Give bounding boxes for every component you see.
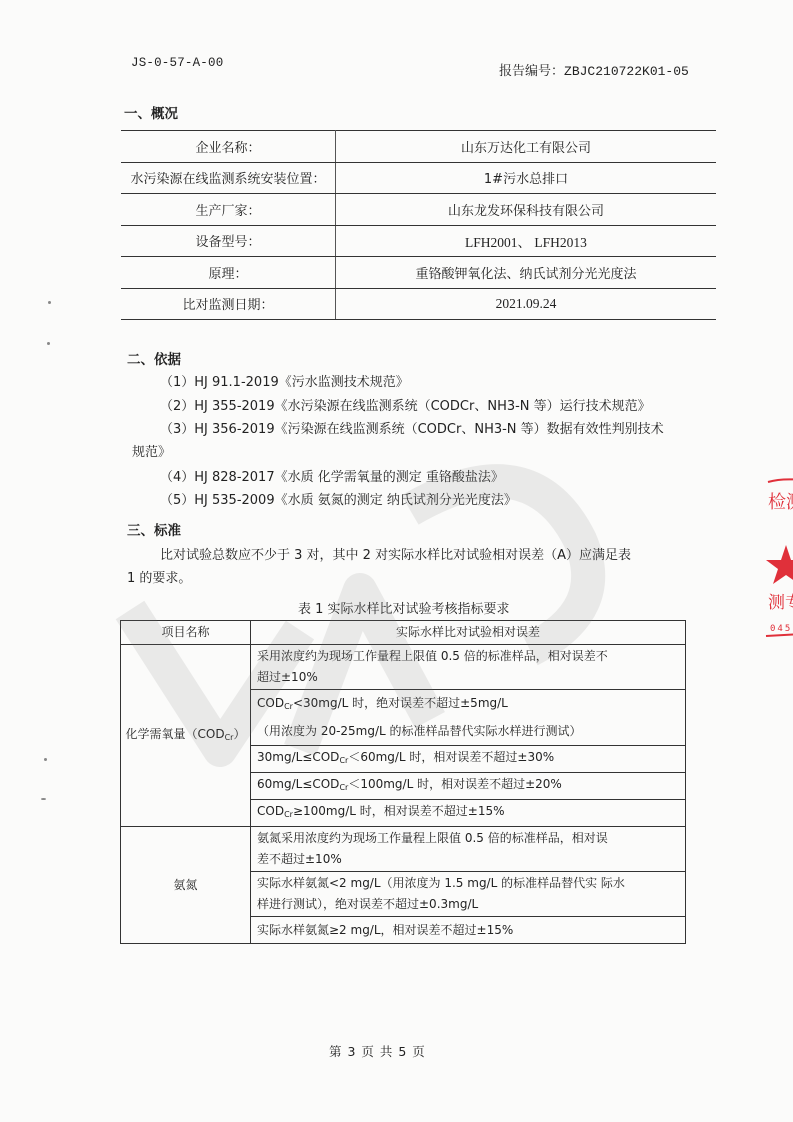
page-number: 第 3 页 共 5 页 — [329, 1042, 426, 1060]
report-number-value: ZBJC210722K01-05 — [564, 64, 689, 79]
section-basis-title: 二、依据 — [127, 348, 181, 368]
overview-row: 设备型号： LFH2001、 LFH2013 — [121, 225, 716, 257]
requirements-table: 项目名称 实际水样比对试验相对误差 化学需氧量（CODCr） 采用浓度约为现场工… — [120, 620, 686, 944]
overview-row: 原理： 重铬酸钾氧化法、纳氏试剂分光光度法 — [121, 257, 716, 289]
table-row: 氨氮 氨氮采用浓度约为现场工作量程上限值 0.5 倍的标准样品，相对误 差不超过… — [121, 827, 686, 872]
overview-label: 比对监测日期： — [121, 288, 336, 320]
requirement-cell: 实际水样氨氮<2 mg/L（用浓度为 1.5 mg/L 的标准样品替代实 际水 … — [251, 872, 686, 917]
overview-label: 企业名称： — [121, 131, 336, 163]
report-number: 报告编号：ZBJC210722K01-05 — [499, 60, 689, 79]
overview-table: 企业名称： 山东万达化工有限公司 水污染源在线监测系统安装位置： 1#污水总排口… — [121, 130, 716, 320]
scan-speck — [47, 342, 50, 345]
overview-label: 原理： — [121, 257, 336, 289]
overview-value: 2021.09.24 — [336, 288, 717, 320]
section-overview-title: 一、概况 — [124, 102, 178, 122]
section-standard-title: 三、标准 — [127, 519, 181, 539]
overview-row: 水污染源在线监测系统安装位置： 1#污水总排口 — [121, 162, 716, 194]
table-row: 化学需氧量（CODCr） 采用浓度约为现场工作量程上限值 0.5 倍的标准样品，… — [121, 645, 686, 690]
basis-item: （4）HJ 828-2017《水质 化学需氧量的测定 重铬酸盐法》 — [160, 466, 504, 490]
overview-label: 水污染源在线监测系统安装位置： — [121, 162, 336, 194]
standard-paragraph-cont: 1 的要求。 — [127, 567, 191, 586]
standard-paragraph: 比对试验总数应不少于 3 对，其中 2 对实际水样比对试验相对误差（A）应满足表 — [160, 544, 631, 563]
requirement-cell: 30mg/L≤CODCr＜60mg/L 时，相对误差不超过±30% — [251, 746, 686, 773]
svg-text:045: 045 — [770, 624, 792, 634]
requirement-cell: 实际水样氨氮≥2 mg/L，相对误差不超过±15% — [251, 917, 686, 944]
scan-speck — [41, 798, 46, 800]
overview-row: 企业名称： 山东万达化工有限公司 — [121, 131, 716, 163]
table-caption: 表 1 实际水样比对试验考核指标要求 — [298, 598, 510, 617]
column-header-error: 实际水样比对试验相对误差 — [251, 621, 686, 645]
requirement-cell: 60mg/L≤CODCr＜100mg/L 时，相对误差不超过±20% — [251, 773, 686, 800]
overview-value: 1#污水总排口 — [336, 162, 717, 194]
requirement-cell: 采用浓度约为现场工作量程上限值 0.5 倍的标准样品，相对误差不 超过±10% — [251, 645, 686, 690]
overview-row: 生产厂家： 山东龙发环保科技有限公司 — [121, 194, 716, 226]
item-name-cod: 化学需氧量（CODCr） — [121, 645, 251, 827]
document-code: JS-0-57-A-00 — [131, 56, 223, 70]
overview-value: 山东龙发环保科技有限公司 — [336, 194, 717, 226]
svg-text:测专: 测专 — [768, 593, 793, 613]
overview-value: LFH2001、 LFH2013 — [336, 225, 717, 257]
overview-value: 重铬酸钾氧化法、纳氏试剂分光光度法 — [336, 257, 717, 289]
requirement-cell: CODCr<30mg/L 时，绝对误差不超过±5mg/L （用浓度为 20-25… — [251, 690, 686, 746]
basis-item: （1）HJ 91.1-2019《污水监测技术规范》 — [160, 371, 409, 395]
scan-speck — [48, 301, 51, 304]
overview-value: 山东万达化工有限公司 — [336, 131, 717, 163]
svg-text:检测: 检测 — [768, 492, 793, 513]
table-header-row: 项目名称 实际水样比对试验相对误差 — [121, 621, 686, 645]
overview-label: 生产厂家： — [121, 194, 336, 226]
scan-speck — [44, 758, 47, 761]
item-name-ammonia: 氨氮 — [121, 827, 251, 944]
basis-item: （5）HJ 535-2009《水质 氨氮的测定 纳氏试剂分光光度法》 — [160, 489, 517, 513]
requirement-cell: CODCr≥100mg/L 时，相对误差不超过±15% — [251, 800, 686, 827]
requirement-cell: 氨氮采用浓度约为现场工作量程上限值 0.5 倍的标准样品，相对误 差不超过±10… — [251, 827, 686, 872]
overview-label: 设备型号： — [121, 225, 336, 257]
overview-row: 比对监测日期： 2021.09.24 — [121, 288, 716, 320]
column-header-item: 项目名称 — [121, 621, 251, 645]
basis-item-continued: 规范》 — [132, 441, 171, 465]
report-number-label: 报告编号： — [499, 64, 564, 79]
basis-item: （3）HJ 356-2019《污染源在线监测系统（CODCr、NH3-N 等）数… — [160, 418, 664, 442]
seal-stamp-icon: 检测 测专 045 — [762, 470, 793, 640]
basis-item: （2）HJ 355-2019《水污染源在线监测系统（CODCr、NH3-N 等）… — [160, 395, 651, 419]
